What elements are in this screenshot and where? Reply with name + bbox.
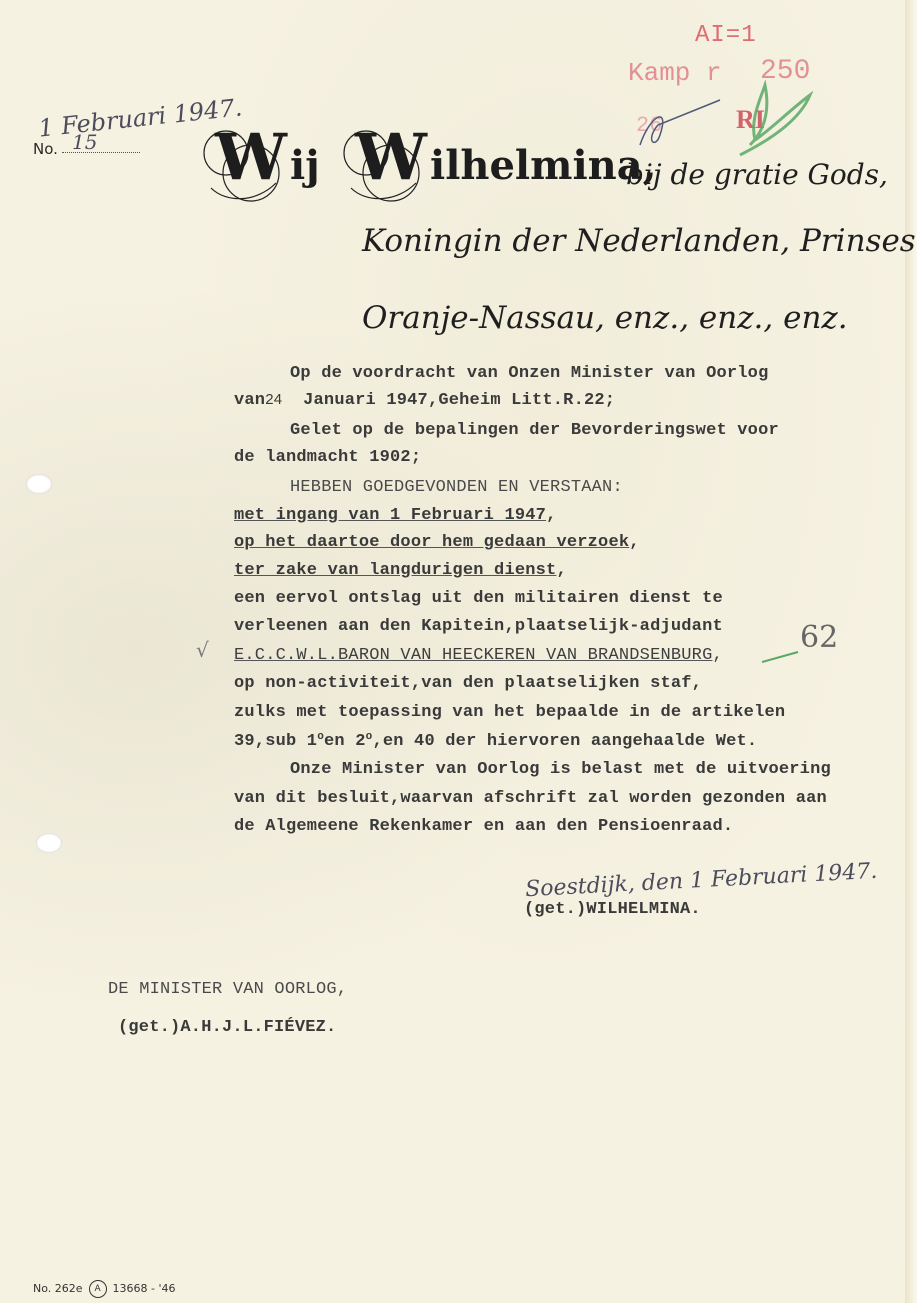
printer-logo-icon: A <box>89 1280 107 1298</box>
heading-initial-w-1: W <box>215 120 287 195</box>
punch-hole-bottom <box>36 833 62 853</box>
heading-word-ij: ij <box>290 142 320 189</box>
body-underlined-line2: op het daartoe door hem gedaan verzoek, <box>234 533 640 552</box>
body-p2-line1: Gelet op de bepalingen der Bevorderingsw… <box>290 421 779 440</box>
footer-print-line: No. 262eA13668 - '46 <box>33 1280 176 1298</box>
body-p4-line1: Onze Minister van Oorlog is belast met d… <box>290 760 831 779</box>
punch-hole-top <box>26 474 52 494</box>
signature-wilhelmina: (get.)WILHELMINA. <box>524 900 701 919</box>
body-p2-line2: de landmacht 1902; <box>234 448 421 467</box>
stamp-kamp: Kamp r <box>628 58 722 88</box>
footer-print-code: 13668 - '46 <box>113 1282 176 1295</box>
body-p1-van: van <box>234 391 265 410</box>
number-value: 15 <box>72 130 97 154</box>
body-underlined-line3: ter zake van langdurigen dienst, <box>234 561 567 580</box>
heading-line-1-tail: bij de gratie Gods, <box>626 158 888 191</box>
body-p1-rest: Januari 1947,Geheim Litt.R.22; <box>303 391 615 410</box>
number-label: No. <box>33 140 58 158</box>
body-line-non-activiteit: op non-activiteit,van den plaatselijken … <box>234 674 702 693</box>
body-p1-line1: Op de voordracht van Onzen Minister van … <box>290 364 768 383</box>
body-line-39: 39,sub 1oen 2o,en 40 der hiervoren aange… <box>234 731 757 751</box>
countersign-signed: (get.)A.H.J.L.FIÉVEZ. <box>118 1018 336 1037</box>
page-edge <box>905 0 917 1303</box>
body-p4-line3: de Algemeene Rekenkamer en aan den Pensi… <box>234 817 733 836</box>
body-line-zulks: zulks met toepassing van het bepaalde in… <box>234 703 785 722</box>
body-underlined-line1: met ingang van 1 Februari 1947, <box>234 506 556 525</box>
body-p1-day: 24 <box>265 391 282 408</box>
heading-line-2: Koningin der Nederlanden, Prinses van <box>362 223 917 259</box>
countersign-title: DE MINISTER VAN OORLOG, <box>108 980 347 999</box>
heading-word-ilhelmina: ilhelmina, <box>430 142 657 189</box>
body-p1-line2: van24 Januari 1947,Geheim Litt.R.22; <box>234 391 615 410</box>
body-p3-heading: HEBBEN GOEDGEVONDEN EN VERSTAAN: <box>290 478 623 497</box>
body-line-ontslag: een eervol ontslag uit den militairen di… <box>234 589 723 608</box>
footer-form-number: No. 262e <box>33 1282 83 1295</box>
heading-initial-w-2: W <box>355 120 427 195</box>
heading-line-3: Oranje-Nassau, enz., enz., enz. <box>362 300 848 336</box>
green-paraph-icon <box>730 80 820 160</box>
stamp-ai: AI=1 <box>695 22 757 49</box>
check-mark-icon: √ <box>196 638 209 662</box>
body-p4-line2: van dit besluit,waarvan afschrift zal wo… <box>234 789 827 808</box>
body-name: E.C.C.W.L.BARON VAN HEECKEREN VAN BRANDS… <box>234 646 723 665</box>
green-mark-icon <box>760 650 800 664</box>
body-line-verleenen: verleenen aan den Kapitein,plaatselijk-a… <box>234 617 723 636</box>
margin-number-62: 62 <box>800 620 838 655</box>
